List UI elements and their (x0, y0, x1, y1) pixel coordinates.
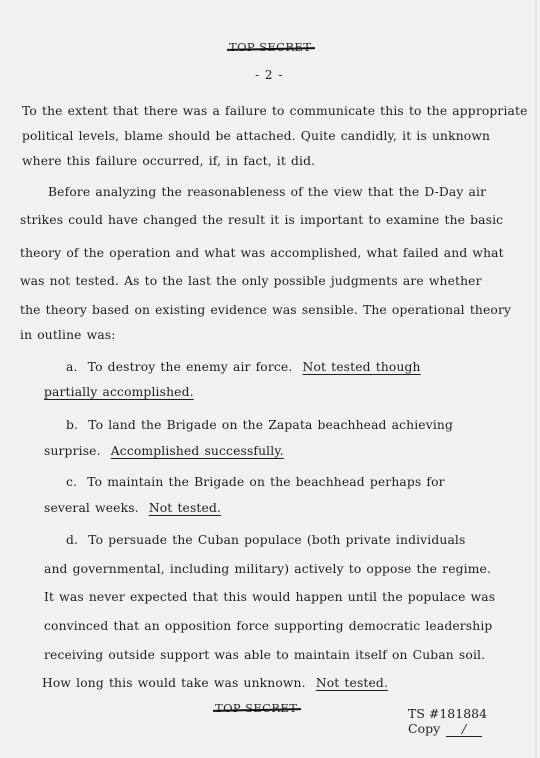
copy-number-line: Copy/ (408, 721, 482, 737)
item-marker: a. (66, 360, 78, 374)
list-item-d-continuation: How long this would take was unknown. No… (42, 676, 388, 690)
item-text: To persuade the Cuban populace (both pri… (88, 533, 465, 547)
list-item-d-continuation: receiving outside support was able to ma… (44, 648, 485, 662)
list-item-c: c. To maintain the Brigade on the beachh… (66, 475, 445, 489)
item-assessment: Accomplished successfully. (111, 444, 284, 458)
body-line: To the extent that there was a failure t… (22, 104, 528, 118)
item-assessment: partially accomplished. (44, 385, 194, 399)
body-line: political levels, blame should be attach… (22, 129, 490, 143)
item-marker: d. (66, 533, 78, 547)
classification-header: TOP SECRET (229, 40, 311, 54)
body-line: where this failure occurred, if, in fact… (22, 154, 315, 168)
item-text: surprise. (44, 444, 101, 458)
item-assessment: Not tested. (316, 676, 388, 690)
item-assessment: Not tested. (149, 501, 221, 515)
body-line: strikes could have changed the result it… (20, 213, 503, 227)
item-assessment: Not tested though (303, 360, 421, 374)
item-text: several weeks. (44, 501, 139, 515)
body-line: the theory based on existing evidence wa… (20, 303, 511, 317)
list-item-a: a. To destroy the enemy air force. Not t… (66, 360, 421, 374)
list-item-d: d. To persuade the Cuban populace (both … (66, 533, 465, 547)
classification-footer: TOP SECRET (215, 701, 297, 715)
list-item-b: b. To land the Brigade on the Zapata bea… (66, 418, 453, 432)
copy-label: Copy (408, 721, 440, 736)
list-item-c-continuation: several weeks. Not tested. (44, 501, 221, 515)
item-text: How long this would take was unknown. (42, 676, 306, 690)
body-line: Before analyzing the reasonableness of t… (48, 185, 486, 199)
item-text: To maintain the Brigade on the beachhead… (87, 475, 444, 489)
list-item-d-continuation: It was never expected that this would ha… (44, 590, 495, 604)
list-item-a-continuation: partially accomplished. (44, 385, 194, 399)
page-number: - 2 - (255, 68, 283, 82)
item-text: To land the Brigade on the Zapata beachh… (88, 418, 453, 432)
item-marker: c. (66, 475, 77, 489)
list-item-b-continuation: surprise. Accomplished successfully. (44, 444, 284, 458)
copy-number: / (446, 721, 482, 737)
ts-control-number: TS #181884 (408, 706, 487, 721)
page-edge (535, 0, 537, 758)
body-line: theory of the operation and what was acc… (20, 246, 504, 260)
item-text: To destroy the enemy air force. (88, 360, 293, 374)
body-line: was not tested. As to the last the only … (20, 274, 482, 288)
list-item-d-continuation: and governmental, including military) ac… (44, 562, 491, 576)
body-line: in outline was: (20, 328, 116, 342)
item-marker: b. (66, 418, 78, 432)
list-item-d-continuation: convinced that an opposition force suppo… (44, 619, 492, 633)
